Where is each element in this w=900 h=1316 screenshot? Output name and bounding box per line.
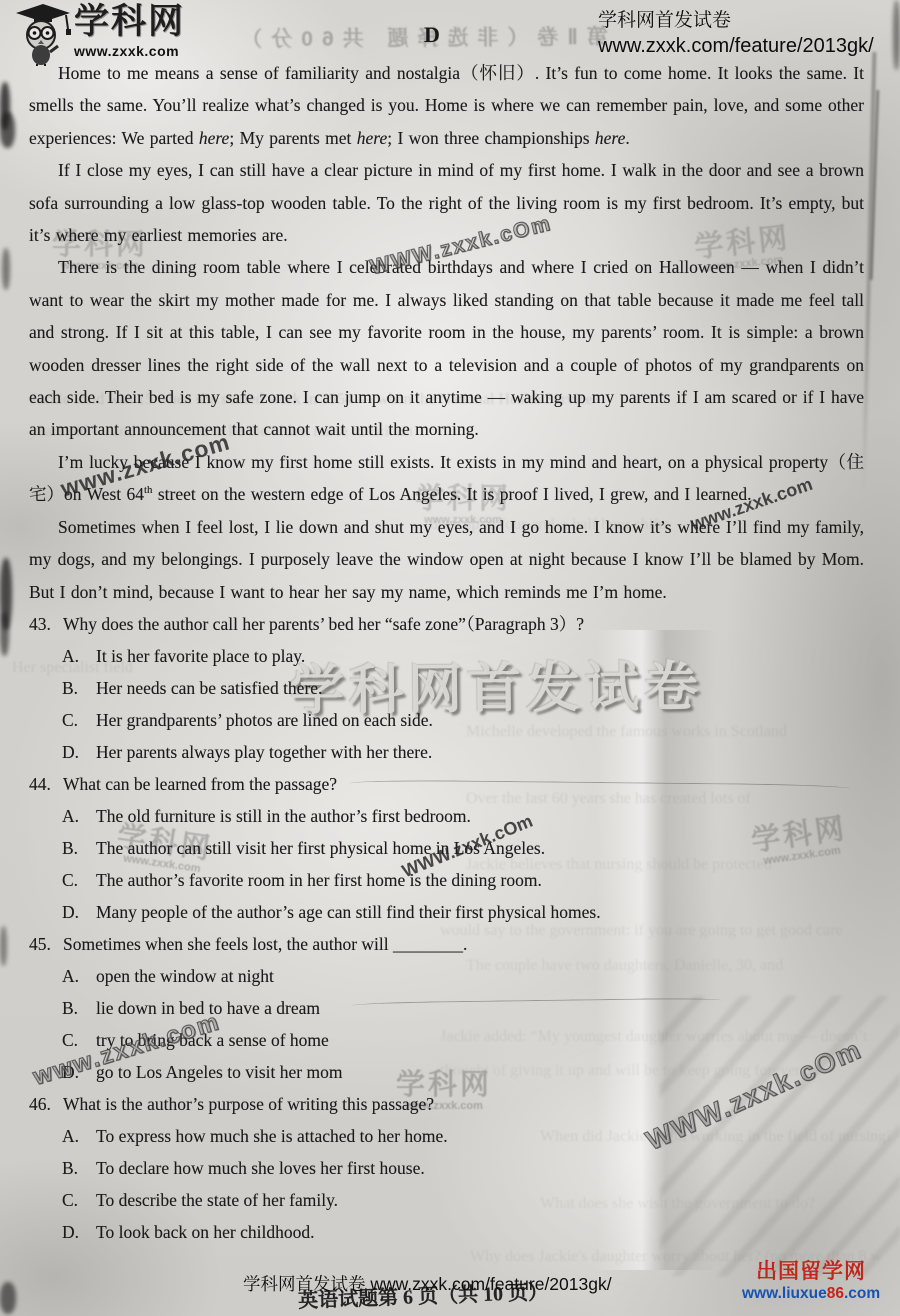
question-text: 43.Why does the author call her parents’… [29, 608, 864, 640]
answer-option: A.It is her favorite place to play. [29, 640, 864, 672]
option-text: Her parents always play together with he… [96, 742, 432, 762]
option-label: A. [62, 960, 96, 992]
option-label: B. [62, 832, 96, 864]
header-banner-text: 学科网首发试卷 [598, 8, 874, 33]
answer-option: A.To express how much she is attached to… [29, 1120, 864, 1152]
answer-option: D.Many people of the author’s age can st… [29, 896, 864, 928]
zxxk-owl-icon [14, 2, 72, 66]
option-label: A. [62, 800, 96, 832]
header-banner: 学科网首发试卷 www.zxxk.com/feature/2013gk/ [598, 8, 874, 59]
passage-paragraph: Sometimes when I feel lost, I lie down a… [29, 511, 864, 608]
scanned-exam-page: 第Ⅱ卷（非选择题 共60分） Jackie Reid was 15 when s… [0, 0, 900, 1316]
option-label: D. [62, 896, 96, 928]
zxxk-logo-name: 学科网 [74, 2, 185, 42]
option-text: go to Los Angeles to visit her mom [96, 1062, 342, 1082]
option-text: The author’s favorite room in her first … [96, 870, 542, 890]
option-text: The old furniture is still in the author… [96, 806, 471, 826]
option-label: A. [62, 640, 96, 672]
option-text: To describe the state of her family. [96, 1190, 338, 1210]
option-label: C. [62, 704, 96, 736]
option-text: To declare how much she loves her first … [96, 1158, 425, 1178]
option-text: Her needs can be satisfied there. [96, 678, 322, 698]
footer-watermark: 学科网首发试卷 www.zxxk.com/feature/2013gk/ [243, 1271, 612, 1296]
liuxue-url: www.liuxue86.com [742, 1283, 880, 1305]
answer-option: B.To declare how much she loves her firs… [29, 1152, 864, 1184]
answer-option: D.To look back on her childhood. [29, 1216, 864, 1248]
option-text: It is her favorite place to play. [96, 646, 305, 666]
option-text: To look back on her childhood. [96, 1222, 314, 1242]
answer-option: D.go to Los Angeles to visit her mom [29, 1056, 864, 1088]
option-label: B. [62, 992, 96, 1024]
passage-paragraph: Home to me means a sense of familiarity … [29, 57, 864, 154]
answer-option: B.lie down in bed to have a dream [29, 992, 864, 1024]
answer-option: A.The old furniture is still in the auth… [29, 800, 864, 832]
question-number: 45. [29, 928, 63, 960]
option-text: To express how much she is attached to h… [96, 1126, 448, 1146]
passage-paragraph: There is the dining room table where I c… [29, 251, 864, 445]
zxxk-logo: 学科网 www.zxxk.com [14, 2, 185, 66]
question-number: 44. [29, 768, 63, 800]
liuxue-logo: 出国留学网 www.liuxue86.com [742, 1261, 880, 1305]
question-number: 46. [29, 1088, 63, 1120]
scan-edge-artifact [0, 1282, 16, 1314]
answer-option: A.open the window at night [29, 960, 864, 992]
question-text: 45.Sometimes when she feels lost, the au… [29, 928, 864, 960]
answer-option: C.Her grandparents’ photos are lined on … [29, 704, 864, 736]
questions: 43.Why does the author call her parents’… [29, 608, 864, 1248]
option-label: D. [62, 1216, 96, 1248]
option-label: B. [62, 1152, 96, 1184]
header-banner-url: www.zxxk.com/feature/2013gk/ [598, 33, 874, 59]
option-text: Her grandparents’ photos are lined on ea… [96, 710, 433, 730]
option-label: C. [62, 864, 96, 896]
answer-option: B.Her needs can be satisfied there. [29, 672, 864, 704]
question: 43.Why does the author call her parents’… [29, 608, 864, 768]
question: 45.Sometimes when she feels lost, the au… [29, 928, 864, 1088]
passage: Home to me means a sense of familiarity … [29, 57, 864, 608]
answer-option: D.Her parents always play together with … [29, 736, 864, 768]
option-label: A. [62, 1120, 96, 1152]
answer-option: C.To describe the state of her family. [29, 1184, 864, 1216]
liuxue-name: 出国留学网 [742, 1261, 880, 1283]
option-label: C. [62, 1184, 96, 1216]
option-text: Many people of the author’s age can stil… [96, 902, 601, 922]
section-letter: D [424, 22, 440, 48]
option-label: D. [62, 736, 96, 768]
option-text: open the window at night [96, 966, 274, 986]
question-number: 43. [29, 608, 63, 640]
zxxk-logo-url: www.zxxk.com [74, 43, 185, 59]
option-label: B. [62, 672, 96, 704]
answer-option: C.The author’s favorite room in her firs… [29, 864, 864, 896]
